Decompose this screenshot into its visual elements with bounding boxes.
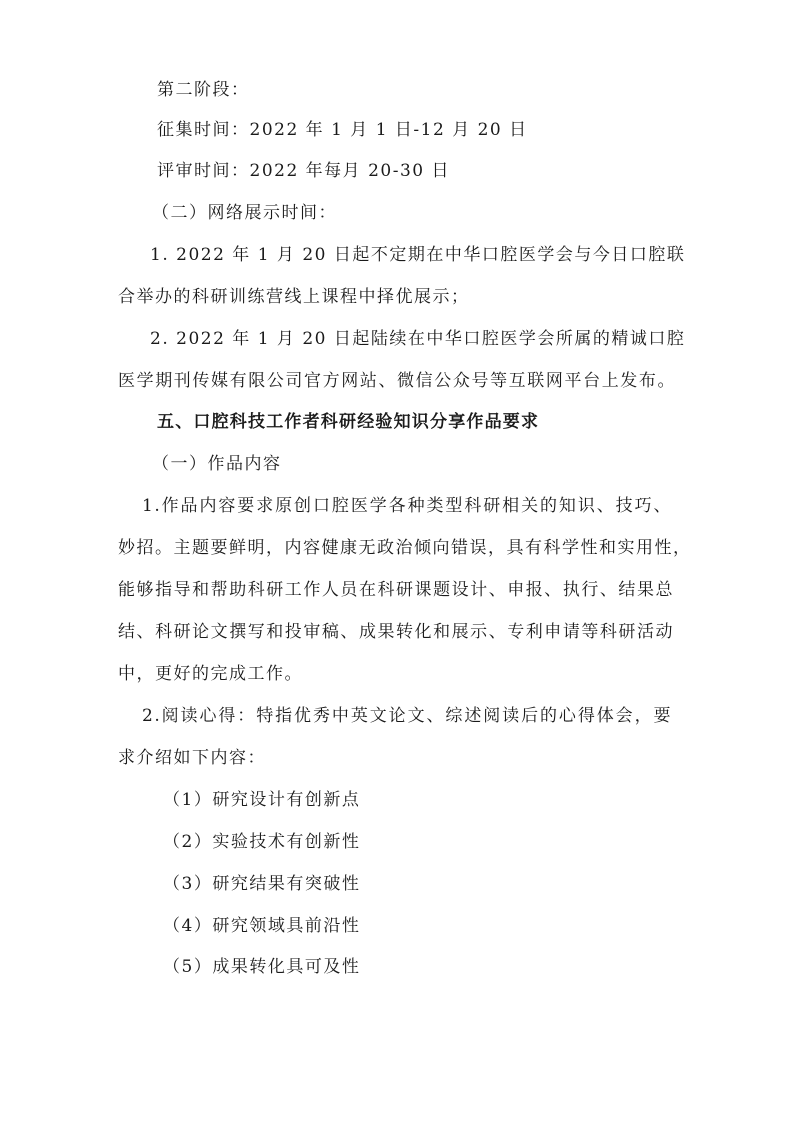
section-5-heading: 五、口腔科技工作者科研经验知识分享作品要求 [157, 411, 539, 433]
content-item-1-line-5: 中，更好的完成工作。 [118, 663, 303, 685]
content-item-2-line-2: 求介绍如下内容： [118, 747, 266, 769]
display-item-1-line-1: 1. 2022 年 1 月 20 日起不定期在中华口腔医学会与今日口腔联 [150, 244, 672, 266]
requirement-item-1: （1）研究设计有创新点 [163, 789, 360, 811]
content-item-1-line-4: 结、科研论文撰写和投审稿、成果转化和展示、专利申请等科研活动 [118, 621, 674, 643]
requirement-item-2: （2）实验技术有创新性 [163, 831, 360, 853]
collection-time: 征集时间：2022 年 1 月 1 日-12 月 20 日 [157, 119, 528, 141]
review-time: 评审时间：2022 年每月 20-30 日 [157, 160, 450, 182]
display-item-2-line-1: 2. 2022 年 1 月 20 日起陆续在中华口腔医学会所属的精诚口腔 [150, 328, 672, 350]
content-heading: （一）作品内容 [152, 453, 282, 475]
display-item-2-line-2: 医学期刊传媒有限公司官方网站、微信公众号等互联网平台上发布。 [118, 370, 676, 392]
content-item-1-line-2: 妙招。主题要鲜明，内容健康无政治倾向错误，具有科学性和实用性， [118, 537, 674, 559]
online-display-heading: （二）网络展示时间： [152, 202, 337, 224]
requirement-item-3: （3）研究结果有突破性 [163, 873, 360, 895]
display-item-1-line-2: 合举办的科研训练营线上课程中择优展示； [118, 286, 470, 308]
content-item-2-line-1: 2.阅读心得：特指优秀中英文论文、综述阅读后的心得体会，要 [142, 705, 672, 727]
content-item-1-line-3: 能够指导和帮助科研工作人员在科研课题设计、申报、执行、结果总 [118, 579, 674, 601]
document-page: 第二阶段： 征集时间：2022 年 1 月 1 日-12 月 20 日 评审时间… [0, 0, 794, 1123]
content-item-1-line-1: 1.作品内容要求原创口腔医学各种类型科研相关的知识、技巧、 [142, 495, 672, 517]
requirement-item-5: （5）成果转化具可及性 [163, 956, 360, 978]
requirement-item-4: （4）研究领域具前沿性 [163, 915, 360, 937]
stage-2-title: 第二阶段： [157, 79, 250, 101]
